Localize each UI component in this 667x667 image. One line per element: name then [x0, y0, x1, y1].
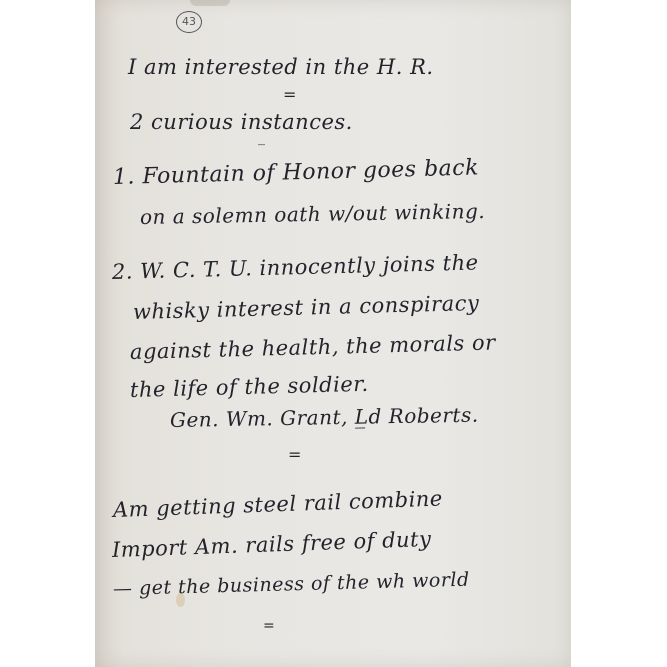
line-curious-instances: 2 curious instances.: [130, 110, 353, 134]
separator-bar: ‾: [258, 143, 266, 159]
separator-equals-3: =: [263, 618, 275, 634]
line-interested-hr: I am interested in the H. R.: [128, 55, 434, 79]
page-number-circled: 43: [176, 11, 202, 33]
page-corner-shadow: [190, 0, 230, 6]
separator-equals-1: =: [283, 85, 297, 104]
manuscript-page: [95, 0, 571, 667]
paper-stain: [176, 593, 185, 607]
separator-equals-2: =: [288, 445, 302, 464]
